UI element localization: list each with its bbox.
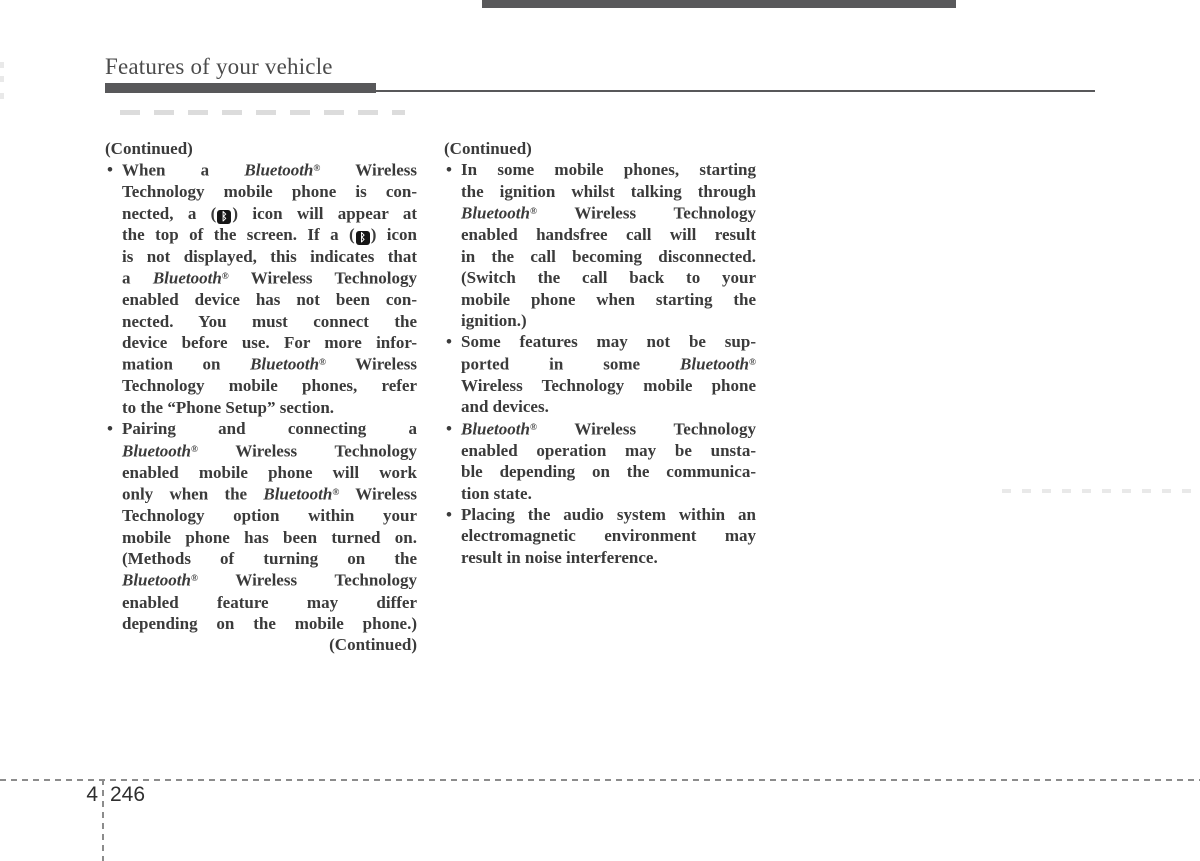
bullet-marker: • — [446, 331, 452, 352]
text-line: the ignition whilst talking through — [444, 181, 756, 202]
column-right: (Continued)•In some mobile phones, start… — [444, 138, 756, 568]
text-line: in the call becoming disconnected. — [444, 246, 756, 267]
text-line: Technology mobile phone is con- — [105, 181, 417, 202]
text-line: ignition.) — [444, 310, 756, 331]
page-title: Features of your vehicle — [105, 54, 333, 80]
text-run: Technology mobile phones, refer — [122, 376, 417, 395]
text-line: enabled feature may differ — [105, 592, 417, 613]
text-run: result in noise interference. — [461, 548, 658, 567]
bullet-marker: • — [446, 159, 452, 180]
text-run: (Continued) — [444, 139, 532, 158]
bluetooth-icon: ᛒ — [356, 231, 370, 245]
text-run: Wireless — [320, 161, 417, 180]
text-run: Pairing and connecting a — [122, 419, 417, 438]
text-line: only when the Bluetooth® Wireless — [105, 483, 417, 505]
footer-crop-mark-horizontal — [0, 779, 1200, 781]
text-line: enabled operation may be unsta- — [444, 440, 756, 461]
text-line: electromagnetic environment may — [444, 525, 756, 546]
text-run: Wireless Technology — [198, 571, 417, 590]
text-line: and devices. — [444, 396, 756, 417]
text-run: in the call becoming disconnected. — [461, 247, 756, 266]
section-number: 4 — [60, 783, 98, 807]
text-run: mobile phone has been turned on. — [122, 528, 417, 547]
text-run: Wireless — [339, 485, 417, 504]
registered-mark: ® — [191, 445, 198, 455]
bluetooth-brand-text: Bluetooth — [263, 485, 332, 504]
text-run: Wireless Technology — [229, 269, 417, 288]
text-run: (Continued) — [329, 635, 417, 654]
text-run: mation on — [122, 355, 250, 374]
text-run: (Continued) — [105, 139, 193, 158]
text-run: ignition.) — [461, 311, 527, 330]
bullet-marker: • — [446, 418, 452, 439]
text-line: (Continued) — [444, 138, 756, 159]
text-run: (Switch the call back to your — [461, 268, 756, 287]
text-line: ported in some Bluetooth® — [444, 353, 756, 375]
text-line: •When a Bluetooth® Wireless — [105, 159, 417, 181]
text-line: (Continued) — [105, 138, 417, 159]
registered-mark: ® — [530, 423, 537, 433]
text-run: enabled device has not been con- — [122, 290, 417, 309]
text-line: enabled handsfree call will result — [444, 224, 756, 245]
text-line: •Pairing and connecting a — [105, 418, 417, 439]
text-line: (Continued) — [105, 634, 417, 655]
text-run: ) icon — [371, 225, 417, 244]
text-line: the top of the screen. If a (ᛒ) icon — [105, 224, 417, 245]
text-line: Bluetooth® Wireless Technology — [105, 440, 417, 462]
text-line: Bluetooth® Wireless Technology — [105, 569, 417, 591]
bluetooth-icon: ᛒ — [217, 210, 231, 224]
text-line: enabled mobile phone will work — [105, 462, 417, 483]
bluetooth-brand-text: Bluetooth — [461, 204, 530, 223]
text-line: •Some features may not be sup- — [444, 331, 756, 352]
text-run: Wireless Technology — [537, 419, 756, 438]
bluetooth-brand-text: Bluetooth — [122, 571, 191, 590]
text-run: only when the — [122, 485, 263, 504]
text-line: tion state. — [444, 483, 756, 504]
text-line: (Switch the call back to your — [444, 267, 756, 288]
header-rule — [105, 90, 1095, 92]
text-run: In some mobile phones, starting — [461, 160, 756, 179]
bullet-marker: • — [107, 159, 113, 180]
page-top-artifact-bar — [482, 0, 956, 8]
text-run: a — [122, 269, 153, 288]
text-run: Placing the audio system within an — [461, 505, 756, 524]
text-run: electromagnetic environment may — [461, 526, 756, 545]
text-line: a Bluetooth® Wireless Technology — [105, 267, 417, 289]
bluetooth-brand-text: Bluetooth — [461, 419, 530, 438]
text-run: mobile phone when starting the — [461, 290, 756, 309]
text-run: and devices. — [461, 397, 549, 416]
page-number: 246 — [110, 783, 145, 807]
text-run: enabled mobile phone will work — [122, 463, 417, 482]
registered-mark: ® — [319, 358, 326, 368]
bluetooth-brand-text: Bluetooth — [680, 354, 749, 373]
text-run: device before use. For more infor- — [122, 333, 417, 352]
text-run: ported in some — [461, 354, 680, 373]
text-run: nected. You must connect the — [122, 312, 417, 331]
column-left: (Continued)•When a Bluetooth® WirelessTe… — [105, 138, 417, 656]
bluetooth-brand-text: Bluetooth — [244, 161, 313, 180]
document-page: { "header": { "title": "Features of your… — [0, 0, 1200, 861]
text-line: •In some mobile phones, starting — [444, 159, 756, 180]
margin-artifact — [0, 76, 4, 82]
text-line: Wireless Technology mobile phone — [444, 375, 756, 396]
text-line: result in noise interference. — [444, 547, 756, 568]
text-line: is not displayed, this indicates that — [105, 246, 417, 267]
text-line: Technology mobile phones, refer — [105, 375, 417, 396]
footer-crop-mark-vertical — [102, 779, 104, 861]
text-run: to the “Phone Setup” section. — [122, 398, 334, 417]
text-run: tion state. — [461, 484, 532, 503]
text-run: Some features may not be sup- — [461, 332, 756, 351]
bluetooth-brand-text: Bluetooth — [122, 441, 191, 460]
text-line: •Bluetooth® Wireless Technology — [444, 418, 756, 440]
text-run: enabled feature may differ — [122, 593, 417, 612]
text-run: Wireless Technology — [537, 204, 756, 223]
text-line: Technology option within your — [105, 505, 417, 526]
text-run: enabled operation may be unsta- — [461, 441, 756, 460]
text-run: (Methods of turning on the — [122, 549, 417, 568]
text-run: When a — [122, 161, 244, 180]
text-line: Bluetooth® Wireless Technology — [444, 202, 756, 224]
registered-mark: ® — [530, 207, 537, 217]
text-run: ble depending on the communica- — [461, 462, 756, 481]
text-run: Wireless Technology — [198, 441, 417, 460]
text-run: Wireless Technology mobile phone — [461, 376, 756, 395]
bullet-marker: • — [107, 418, 113, 439]
right-margin-dashed-artifact — [1002, 489, 1200, 493]
registered-mark: ® — [191, 574, 198, 584]
text-line: mation on Bluetooth® Wireless — [105, 353, 417, 375]
margin-artifact — [0, 62, 4, 68]
registered-mark: ® — [222, 272, 229, 282]
margin-artifact — [0, 93, 4, 99]
registered-mark: ® — [749, 358, 756, 368]
text-run: Technology option within your — [122, 506, 417, 525]
text-run: the top of the screen. If a ( — [122, 225, 355, 244]
text-run: ) icon will appear at — [232, 204, 417, 223]
text-run: nected, a ( — [122, 204, 216, 223]
text-line: to the “Phone Setup” section. — [105, 397, 417, 418]
text-line: nected, a (ᛒ) icon will appear at — [105, 203, 417, 224]
text-line: depending on the mobile phone.) — [105, 613, 417, 634]
bluetooth-brand-text: Bluetooth — [250, 355, 319, 374]
text-line: •Placing the audio system within an — [444, 504, 756, 525]
text-line: nected. You must connect the — [105, 311, 417, 332]
text-line: mobile phone has been turned on. — [105, 527, 417, 548]
ghost-text-artifact — [120, 110, 405, 115]
text-line: ble depending on the communica- — [444, 461, 756, 482]
text-run: Wireless — [326, 355, 417, 374]
text-run: is not displayed, this indicates that — [122, 247, 417, 266]
text-run: the ignition whilst talking through — [461, 182, 756, 201]
bullet-marker: • — [446, 504, 452, 525]
text-run: Technology mobile phone is con- — [122, 182, 417, 201]
text-line: device before use. For more infor- — [105, 332, 417, 353]
bluetooth-brand-text: Bluetooth — [153, 269, 222, 288]
text-line: mobile phone when starting the — [444, 289, 756, 310]
text-line: enabled device has not been con- — [105, 289, 417, 310]
text-line: (Methods of turning on the — [105, 548, 417, 569]
text-run: depending on the mobile phone.) — [122, 614, 417, 633]
text-run: enabled handsfree call will result — [461, 225, 756, 244]
